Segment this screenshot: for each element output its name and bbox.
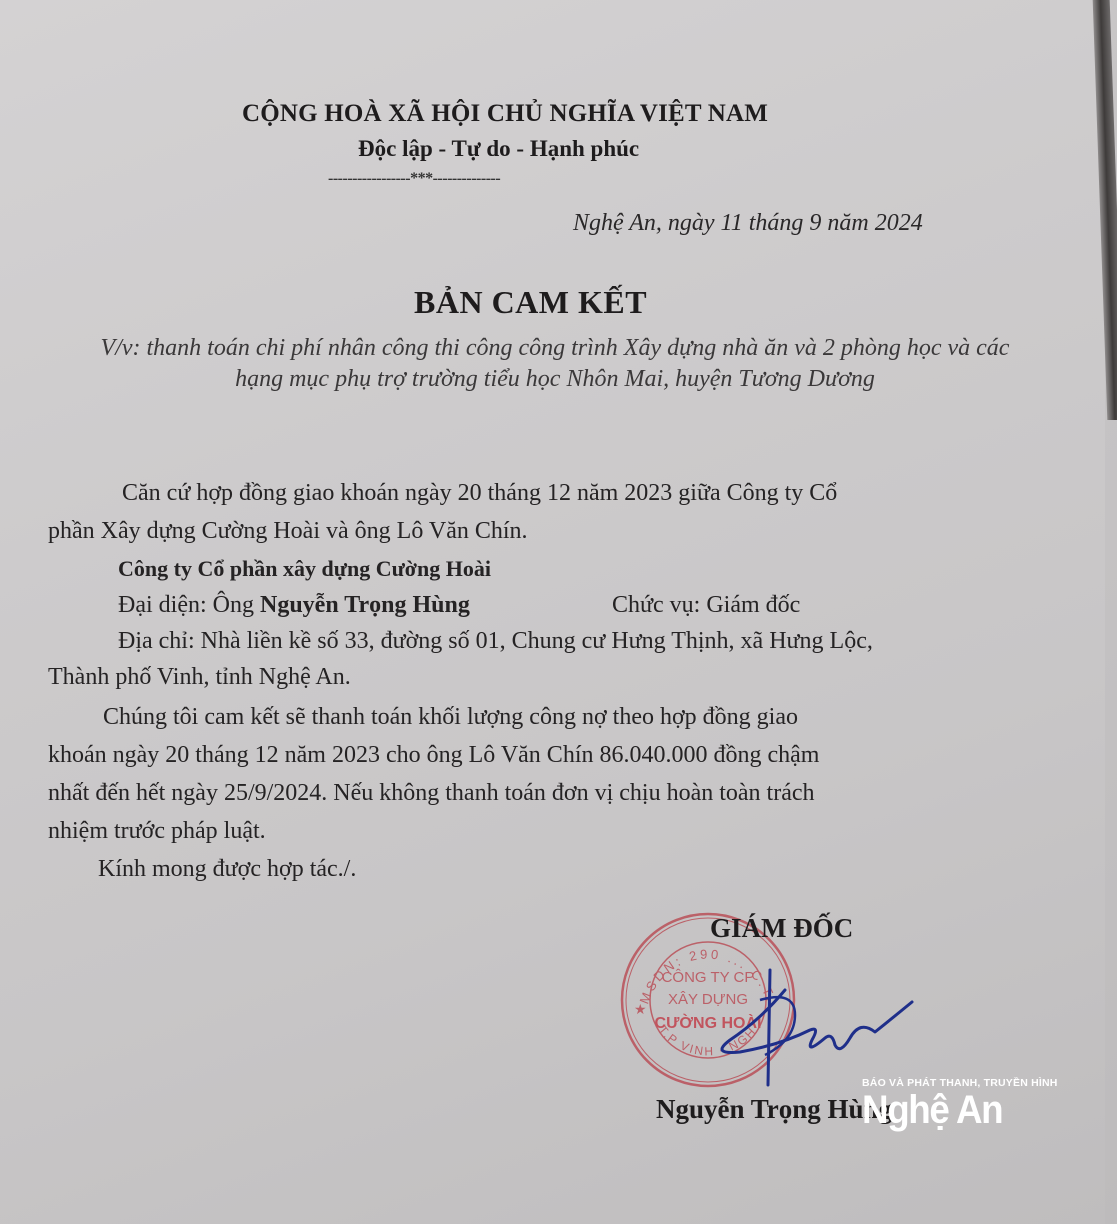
commitment-line-3: nhất đến hết ngày 25/9/2024. Nếu không t… — [48, 780, 815, 807]
commitment-line-2: khoán ngày 20 tháng 12 năm 2023 cho ông … — [48, 742, 819, 769]
header-separator: -----------------***-------------- — [328, 170, 500, 188]
signatory-name: Nguyễn Trọng Hùng — [656, 1094, 892, 1125]
position: Chức vụ: Giám đốc — [612, 592, 800, 619]
representative: Đại diện: Ông Nguyễn Trọng Hùng — [118, 592, 470, 619]
basis-line-2: phần Xây dựng Cường Hoài và ông Lô Văn C… — [48, 518, 528, 545]
svg-text:★: ★ — [634, 1003, 647, 1018]
news-watermark: BÁO VÀ PHÁT THANH, TRUYỀN HÌNH Nghệ An — [862, 1077, 1058, 1129]
national-title: CỘNG HOÀ XÃ HỘI CHỦ NGHĨA VIỆT NAM — [242, 100, 768, 128]
basis-line-1: Căn cứ hợp đồng giao khoán ngày 20 tháng… — [122, 480, 837, 507]
company-name: Công ty Cổ phần xây dựng Cường Hoài — [118, 556, 491, 582]
representative-label: Đại diện: Ông — [118, 592, 260, 618]
national-motto: Độc lập - Tự do - Hạnh phúc — [358, 136, 639, 162]
commitment-line-4: nhiệm trước pháp luật. — [48, 818, 266, 845]
address-line-1: Địa chỉ: Nhà liền kề số 33, đường số 01,… — [118, 628, 873, 655]
document-title: BẢN CAM KẾT — [414, 284, 647, 321]
signatory-title: GIÁM ĐỐC — [710, 913, 853, 944]
representative-name: Nguyễn Trọng Hùng — [260, 592, 470, 618]
handwritten-signature — [700, 960, 920, 1090]
date-line: Nghệ An, ngày 11 tháng 9 năm 2024 — [573, 210, 923, 237]
document-subject: V/v: thanh toán chi phí nhân công thi cô… — [90, 333, 1020, 395]
watermark-logo: Nghệ An — [862, 1091, 1042, 1129]
address-line-2: Thành phố Vinh, tỉnh Nghệ An. — [48, 664, 351, 691]
closing-line: Kính mong được hợp tác./. — [98, 856, 356, 883]
commitment-line-1: Chúng tôi cam kết sẽ thanh toán khối lượ… — [103, 704, 798, 731]
